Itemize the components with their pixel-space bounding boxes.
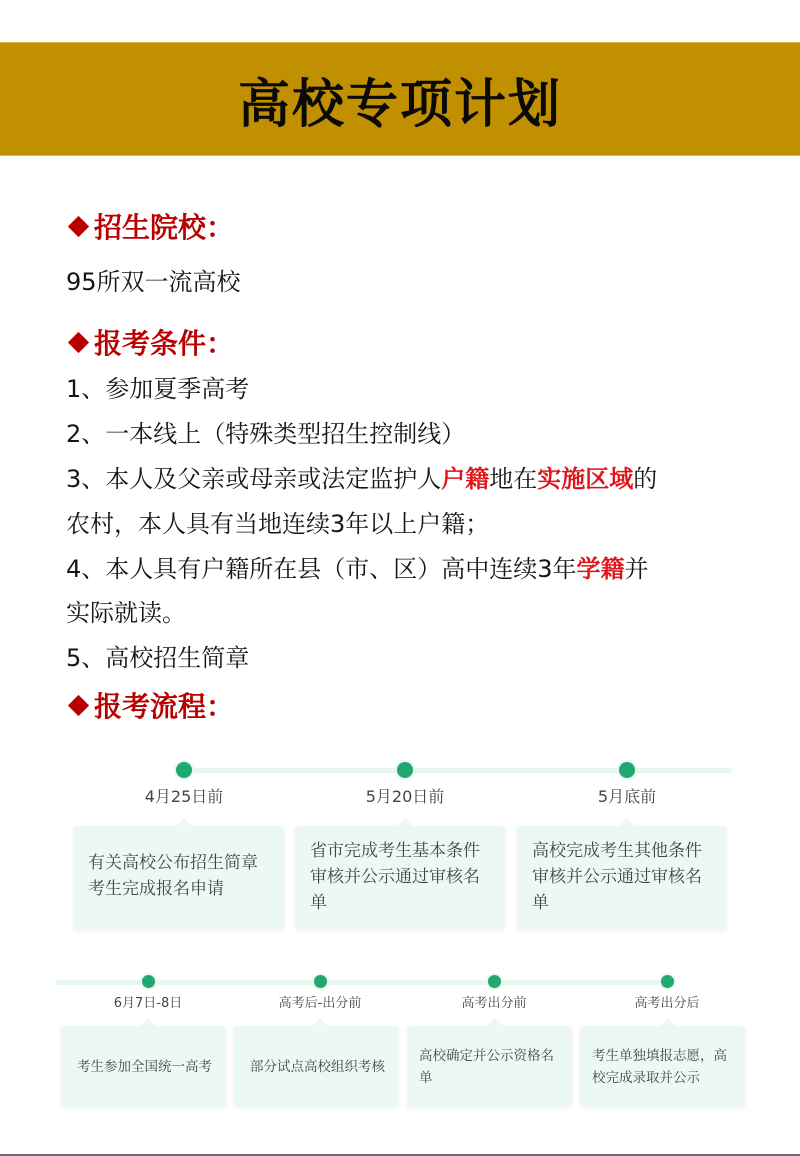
timeline-line-row1 bbox=[184, 768, 732, 773]
condition-text: 的 bbox=[633, 465, 657, 493]
condition-item-5: 5、高校招生简章 bbox=[66, 641, 249, 675]
condition-item-3: 3、本人及父亲或母亲或法定监护人户籍地在实施区域的 bbox=[66, 462, 657, 496]
timeline-date: 5月底前 bbox=[547, 784, 707, 807]
timeline-dot-icon bbox=[488, 975, 501, 988]
timeline-date: 高考出分后 bbox=[597, 992, 737, 1011]
diamond-bullet-icon bbox=[68, 331, 89, 352]
timeline-card: 高校完成考生其他条件审核并公示通过审核名单 bbox=[517, 826, 727, 930]
timeline-card: 有关高校公布招生简章考生完成报名申请 bbox=[73, 826, 284, 930]
condition-item-3-continued: 农村，本人具有当地连续3年以上户籍； bbox=[66, 507, 489, 541]
heading-text: 招生院校： bbox=[94, 206, 234, 246]
section-heading-conditions: 报考条件： bbox=[66, 322, 234, 362]
diamond-bullet-icon bbox=[68, 215, 89, 236]
condition-item-4: 4、本人具有户籍所在县（市、区）高中连续3年学籍并 bbox=[66, 552, 649, 586]
highlight-implementation-area: 实施区域 bbox=[537, 465, 633, 493]
timeline-dot-icon bbox=[397, 762, 413, 778]
highlight-student-status: 学籍 bbox=[577, 555, 625, 583]
condition-text: 地在 bbox=[489, 465, 537, 493]
heading-text: 报考流程： bbox=[94, 685, 234, 725]
timeline-date: 4月25日前 bbox=[104, 784, 264, 807]
timeline-date: 6月7日-8日 bbox=[78, 992, 218, 1011]
timeline-dot-icon bbox=[142, 975, 155, 988]
condition-text: 并 bbox=[625, 555, 649, 583]
condition-text: 4、本人具有户籍所在县（市、区）高中连续3年 bbox=[66, 555, 577, 583]
title-banner: 高校专项计划 bbox=[0, 42, 800, 156]
condition-item-4-continued: 实际就读。 bbox=[66, 596, 186, 630]
timeline-card: 部分试点高校组织考核 bbox=[234, 1026, 399, 1107]
section-heading-schools: 招生院校： bbox=[66, 206, 234, 246]
timeline-card: 省市完成考生基本条件审核并公示通过审核名单 bbox=[295, 826, 505, 930]
condition-text: 3、本人及父亲或母亲或法定监护人 bbox=[66, 465, 441, 493]
timeline-card: 考生单独填报志愿，高校完成录取并公示 bbox=[580, 1026, 745, 1107]
condition-item-2: 2、一本线上（特殊类型招生控制线） bbox=[66, 417, 465, 451]
timeline-dot-icon bbox=[661, 975, 674, 988]
timeline-card: 高校确定并公示资格名单 bbox=[407, 1026, 572, 1107]
condition-item-1: 1、参加夏季高考 bbox=[66, 372, 249, 406]
timeline-dot-icon bbox=[619, 762, 635, 778]
timeline-date: 5月20日前 bbox=[325, 784, 485, 807]
timeline-dot-icon bbox=[176, 762, 192, 778]
page-title: 高校专项计划 bbox=[238, 62, 562, 137]
heading-text: 报考条件： bbox=[94, 322, 234, 362]
schools-text: 95所双一流高校 bbox=[66, 265, 241, 299]
highlight-household-registration: 户籍 bbox=[441, 465, 489, 493]
section-heading-process: 报考流程： bbox=[66, 685, 234, 725]
timeline-card: 考生参加全国统一高考 bbox=[61, 1026, 226, 1107]
timeline-date: 高考后-出分前 bbox=[250, 992, 390, 1011]
timeline-date: 高考出分前 bbox=[424, 992, 564, 1011]
diamond-bullet-icon bbox=[68, 694, 89, 715]
timeline-dot-icon bbox=[314, 975, 327, 988]
